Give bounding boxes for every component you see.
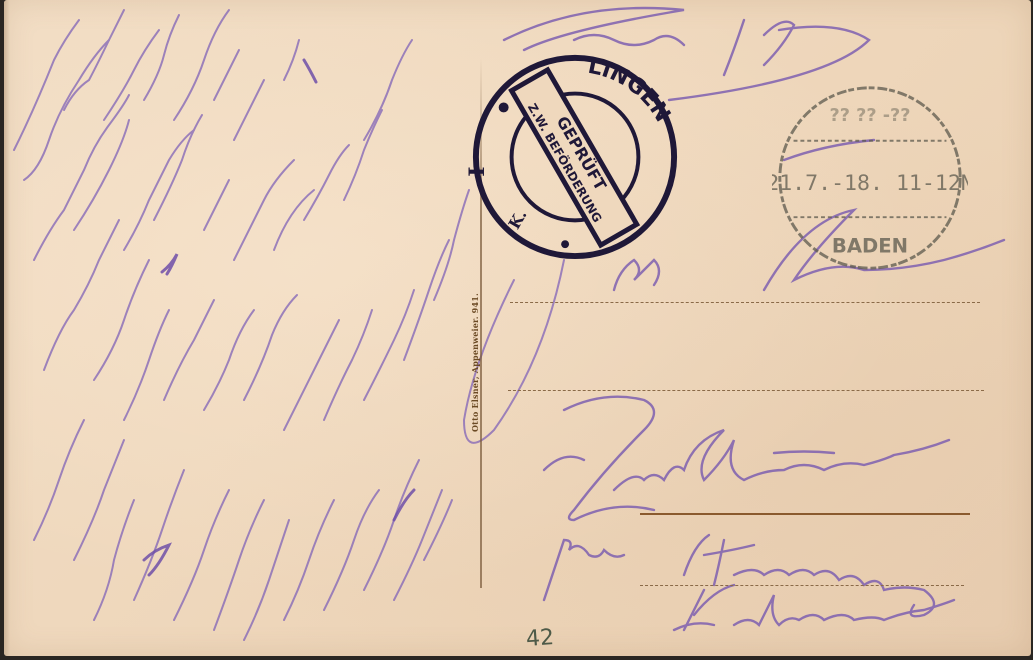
pencil-inventory-number: 42 [525, 625, 555, 652]
svg-text:LINGEN: LINGEN [586, 54, 675, 127]
svg-text:I: I [466, 167, 490, 177]
svg-text:BADEN: BADEN [832, 234, 908, 257]
address-line-1 [510, 302, 980, 303]
censor-stamp: GEPRÜFT Z.W. BEFÖRDERUNG LINGEN I K. [466, 44, 684, 266]
address-line-3 [640, 513, 970, 515]
svg-text:?? ?? -??: ?? ?? -?? [830, 106, 911, 126]
address-line-2 [508, 390, 984, 391]
postmark: ?? ?? -?? 21.7.-18. 11-12N BADEN [772, 80, 968, 276]
svg-text:21.7.-18. 11-12N: 21.7.-18. 11-12N [772, 171, 968, 196]
postcard: Otto Elsner, Appenweier. 941. GEPRÜFT Z.… [4, 0, 1031, 656]
censor-stamp-graphic: GEPRÜFT Z.W. BEFÖRDERUNG LINGEN I K. [466, 44, 684, 266]
publisher-imprint: Otto Elsner, Appenweier. 941. [470, 293, 480, 432]
card-edge [4, 0, 10, 656]
address-line-4 [640, 585, 964, 586]
